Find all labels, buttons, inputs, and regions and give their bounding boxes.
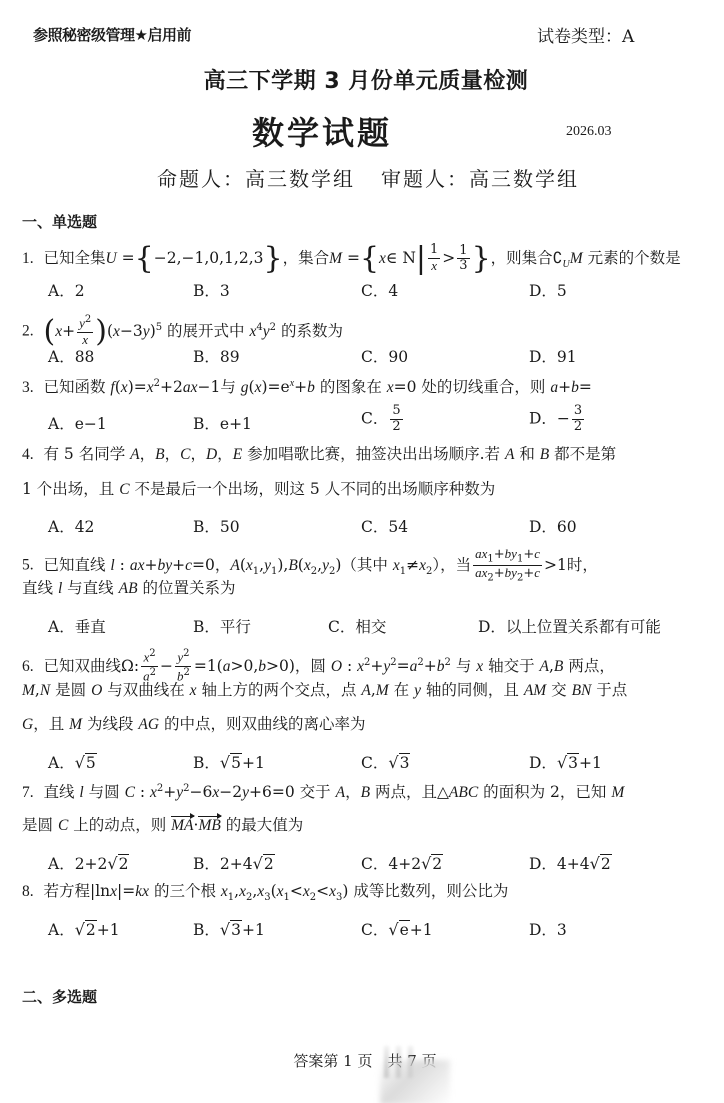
question-6-line-2: M,N 是圆 O 与双曲线在 x 轴上方的两个交点，点 A,M 在 y 轴的同侧…	[22, 683, 627, 699]
question-number: 3.	[22, 379, 34, 396]
option-7b: B．2+4√2	[193, 852, 275, 874]
option-8b: B．√3+1	[193, 918, 265, 940]
question-5-line-2: 直线 l 与直线 AB 的位置关系为	[22, 581, 235, 597]
question-2: 2. (x+y2x)(x−3y)5 的展开式中 x4y2 的系数为	[22, 314, 343, 349]
option-1c: C．4	[361, 279, 398, 301]
confidentiality-label: 参照秘密级管理★启用前	[33, 24, 191, 45]
option-4b: B．50	[193, 515, 240, 537]
option-5a: A．垂直	[48, 615, 106, 637]
option-6c: C．√3	[361, 751, 410, 773]
option-1d: D．5	[529, 279, 567, 301]
option-5d: D．以上位置关系都有可能	[478, 615, 661, 637]
option-3b: B．e+1	[193, 412, 252, 434]
section-heading-single-choice: 一、单选题	[22, 211, 97, 232]
page-footer: 答案第 1 页 共 7 页	[0, 1050, 724, 1071]
option-8c: C．√e+1	[361, 918, 433, 940]
option-2a: A．88	[48, 345, 94, 367]
option-7d: D．4+4√2	[529, 852, 612, 874]
paper-type-label: 试卷类型：A	[537, 22, 634, 47]
question-4-line-1: 4. 有 5 名同学 A，B，C，D，E 参加唱歌比赛，抽签决出出场顺序.若 A…	[22, 447, 616, 463]
question-7-line-2: 是圆 C 上的动点，则 MA·MB 的最大值为	[22, 818, 303, 834]
option-1b: B．3	[193, 279, 230, 301]
question-text: (x+y2x)(x−3y)5 的展开式中 x4y2 的系数为	[39, 322, 343, 340]
option-4a: A．42	[48, 515, 94, 537]
option-1a: A．2	[48, 279, 85, 301]
option-8a: A．√2+1	[48, 918, 120, 940]
option-3c: C．52	[361, 404, 405, 435]
option-2b: B．89	[193, 345, 240, 367]
option-6d: D．√3+1	[529, 751, 602, 773]
reviewer-label: 审题人：高三数学组	[381, 167, 579, 191]
question-text: 若方程|lnx|=kx 的三个根 x1,x2,x3(x1<x2<x3) 成等比数…	[39, 882, 509, 900]
option-7c: C．4+2√2	[361, 852, 443, 874]
question-3: 3. 已知函数 f(x)=x2+2ax−1与 g(x)=ex+b 的图象在 x=…	[22, 379, 592, 396]
question-text: 已知函数 f(x)=x2+2ax−1与 g(x)=ex+b 的图象在 x=0 处…	[39, 378, 592, 396]
option-5c: C．相交	[328, 615, 386, 637]
question-number: 8.	[22, 883, 34, 900]
exam-date: 2026.03	[566, 124, 612, 140]
question-text: 直线 l 与圆 C : x2+y2−6x−2y+6=0 交于 A，B 两点，且△…	[39, 783, 625, 801]
question-number: 6.	[22, 658, 34, 675]
question-number: 7.	[22, 784, 34, 801]
subject-title: 数学试题	[252, 108, 392, 154]
option-2c: C．90	[361, 345, 408, 367]
authors-line: 命题人：高三数学组审题人：高三数学组	[0, 163, 724, 192]
option-6a: A．√5	[48, 751, 97, 773]
question-6-line-1: 6. 已知双曲线Ω:x2a2−y2b2=1(a>0,b>0)，圆 O : x2+…	[22, 648, 615, 686]
option-4d: D．60	[529, 515, 577, 537]
question-7-line-1: 7. 直线 l 与圆 C : x2+y2−6x−2y+6=0 交于 A，B 两点…	[22, 784, 624, 801]
section-heading-multi-choice: 二、多选题	[22, 986, 97, 1007]
question-number: 2.	[22, 323, 34, 340]
exam-title: 高三下学期 3 月份单元质量检测	[0, 64, 724, 95]
question-6-line-3: G，且 M 为线段 AG 的中点，则双曲线的离心率为	[22, 717, 366, 733]
question-8: 8. 若方程|lnx|=kx 的三个根 x1,x2,x3(x1<x2<x3) 成…	[22, 884, 508, 903]
question-text: 有 5 名同学 A，B，C，D，E 参加唱歌比赛，抽签决出出场顺序.若 A 和 …	[39, 445, 617, 463]
option-6b: B．√5+1	[193, 751, 265, 773]
option-7a: A．2+2√2	[48, 852, 129, 874]
option-3d: D．−32	[529, 404, 586, 435]
question-number: 1.	[22, 250, 34, 267]
option-5b: B．平行	[193, 615, 251, 637]
question-number: 4.	[22, 446, 34, 463]
question-number: 5.	[22, 557, 34, 574]
question-4-line-2: 1 个出场，且 C 不是最后一个出场，则这 5 人不同的出场顺序种数为	[22, 482, 495, 498]
question-text: 已知双曲线Ω:x2a2−y2b2=1(a>0,b>0)，圆 O : x2+y2=…	[39, 657, 615, 675]
option-3a: A．e−1	[48, 412, 107, 434]
option-8d: D．3	[529, 918, 567, 940]
author-label: 命题人：高三数学组	[157, 167, 355, 191]
question-text: 已知全集U ={−2,−1,0,1,2,3}，集合M ={x∈ N|1x>13}…	[39, 249, 681, 267]
option-2d: D．91	[529, 345, 577, 367]
watermark-smudge	[380, 1060, 450, 1103]
question-text: 已知直线 l : ax+by+c=0，A(x1,y1),B(x2,y2)（其中 …	[39, 556, 598, 574]
question-1: 1. 已知全集U ={−2,−1,0,1,2,3}，集合M ={x∈ N|1x>…	[22, 243, 681, 275]
option-4c: C．54	[361, 515, 408, 537]
